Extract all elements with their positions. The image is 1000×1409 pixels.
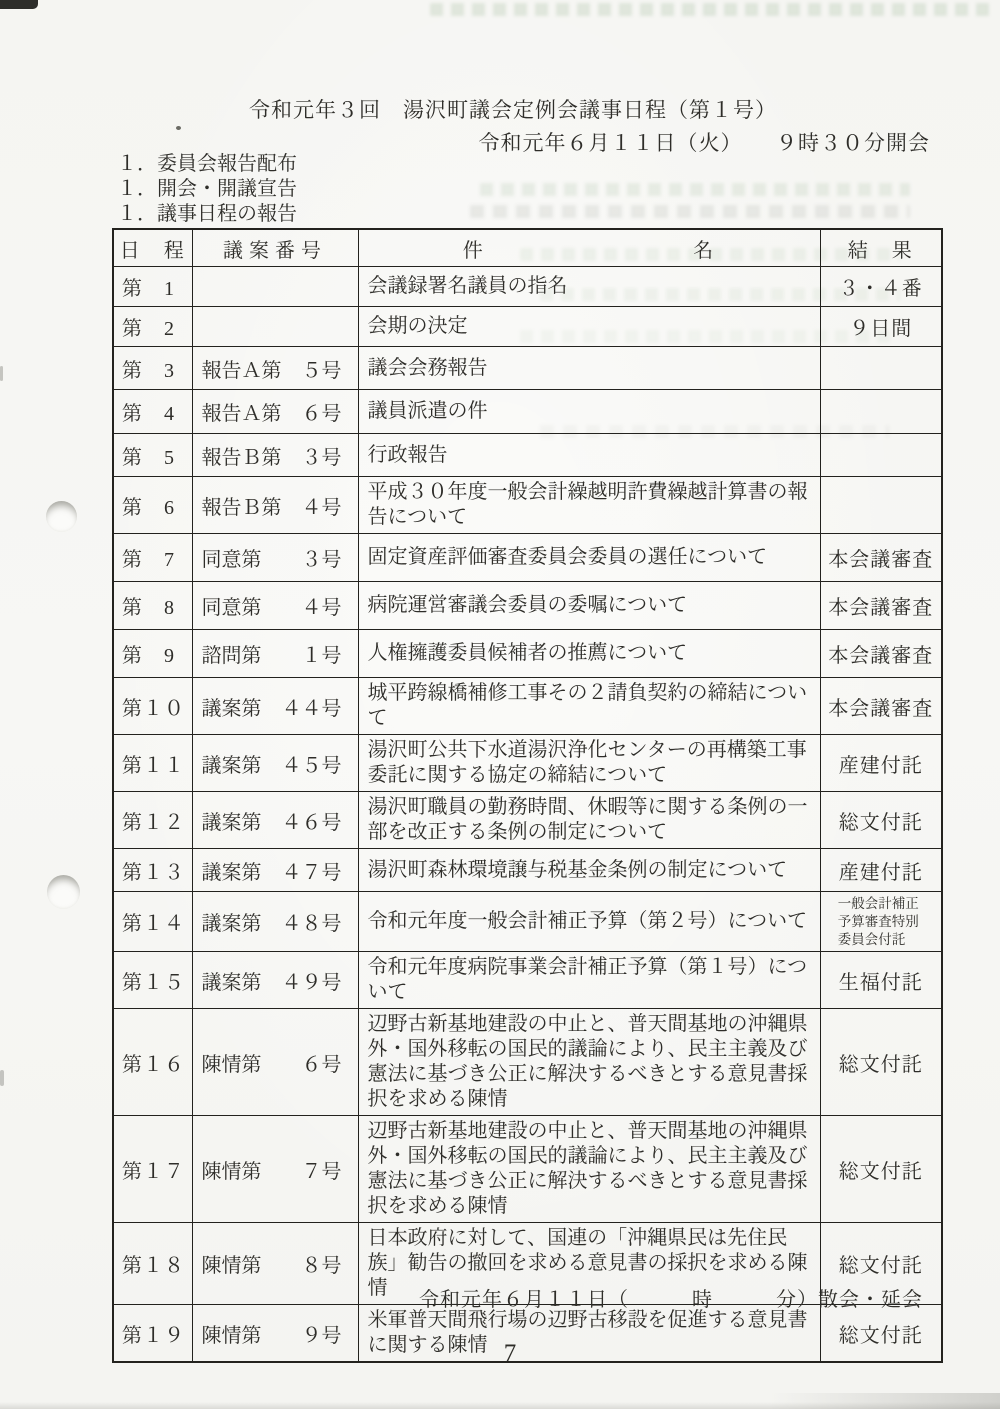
- bill-number-cell: 陳情第 ６号: [192, 1009, 358, 1116]
- table-row: 第 8同意第 ４号病院運営審議会委員の委嘱について本会議審査: [113, 582, 942, 630]
- agenda-table-body: 第 1会議録署名議員の指名３・４番第 2会期の決定９日間第 3報告Ａ第 ５号議会…: [113, 267, 942, 1363]
- bill-number-cell: 報告Ｂ第 ４号: [192, 477, 358, 534]
- subject-cell: 議員派遣の件: [358, 390, 820, 434]
- bill-number-cell: 同意第 ４号: [192, 582, 358, 630]
- schedule-cell: 第１２: [113, 792, 192, 849]
- result-cell: [820, 477, 942, 534]
- punch-hole-bottom: [47, 875, 80, 909]
- subject-cell: 令和元年度一般会計補正予算（第２号）について: [358, 892, 820, 952]
- bleed-through-ghost: [470, 205, 910, 218]
- subject-cell: 議会会務報告: [358, 347, 820, 390]
- header-result: 結 果: [820, 229, 942, 267]
- schedule-cell: 第 1: [113, 267, 192, 307]
- bill-number-cell: 議案第 ４７号: [192, 849, 358, 892]
- result-cell: [820, 347, 942, 390]
- document-title: 令和元年３回 湯沢町議会定例会議事日程（第１号）: [13, 94, 1000, 124]
- subject-cell: 会期の決定: [358, 307, 820, 347]
- subject-cell: 病院運営審議会委員の委嘱について: [358, 582, 820, 630]
- pre-agenda-item: １．委員会報告配布: [117, 152, 297, 177]
- table-row: 第１２議案第 ４６号湯沢町職員の勤務時間、休暇等に関する条例の一部を改正する条例…: [113, 792, 942, 849]
- result-cell: 本会議審査: [820, 630, 942, 678]
- meeting-open-datetime: 令和元年６月１１日（火） ９時３０分開会: [479, 127, 931, 157]
- bill-number-cell: 議案第 ４４号: [192, 678, 358, 735]
- table-row: 第１６陳情第 ６号辺野古新基地建設の中止と、普天間基地の沖縄県外・国外移転の国民…: [113, 1009, 942, 1116]
- table-row: 第 5報告Ｂ第 ３号行政報告: [113, 434, 942, 477]
- bleed-through-ghost: [480, 183, 910, 196]
- table-row: 第 2会期の決定９日間: [113, 307, 942, 347]
- schedule-cell: 第 3: [113, 347, 192, 390]
- schedule-cell: 第 8: [113, 582, 192, 630]
- edge-smudge: [0, 1070, 4, 1086]
- schedule-cell: 第 4: [113, 390, 192, 434]
- schedule-cell: 第 2: [113, 307, 192, 347]
- pre-agenda-item: １．議事日程の報告: [117, 202, 297, 227]
- bill-number-cell: 報告Ｂ第 ３号: [192, 434, 358, 477]
- bill-number-cell: 報告Ａ第 ５号: [192, 347, 358, 390]
- schedule-cell: 第 7: [113, 534, 192, 582]
- subject-cell: 辺野古新基地建設の中止と、普天間基地の沖縄県外・国外移転の国民的議論により、民主…: [358, 1116, 820, 1223]
- result-cell: [820, 390, 942, 434]
- table-row: 第 7同意第 ３号固定資産評価審査委員会委員の選任について本会議審査: [113, 534, 942, 582]
- subject-cell: 湯沢町職員の勤務時間、休暇等に関する条例の一部を改正する条例の制定について: [358, 792, 820, 849]
- result-cell: 本会議審査: [820, 534, 942, 582]
- schedule-cell: 第１０: [113, 678, 192, 735]
- subject-cell: 行政報告: [358, 434, 820, 477]
- subject-cell: 城平跨線橋補修工事その２請負契約の締結について: [358, 678, 820, 735]
- schedule-cell: 第１３: [113, 849, 192, 892]
- subject-cell: 会議録署名議員の指名: [358, 267, 820, 307]
- bill-number-cell: 議案第 ４５号: [192, 735, 358, 792]
- schedule-cell: 第 6: [113, 477, 192, 534]
- scan-corner-shadow: [770, 1393, 1000, 1409]
- table-row: 第１４議案第 ４８号令和元年度一般会計補正予算（第２号）について一般会計補正予算…: [113, 892, 942, 952]
- schedule-cell: 第 5: [113, 434, 192, 477]
- table-row: 第１７陳情第 ７号辺野古新基地建設の中止と、普天間基地の沖縄県外・国外移転の国民…: [113, 1116, 942, 1223]
- result-cell: 総文付託: [820, 792, 942, 849]
- schedule-cell: 第１１: [113, 735, 192, 792]
- ink-speck: [176, 126, 181, 130]
- result-cell: 産建付託: [820, 849, 942, 892]
- table-row: 第 4報告Ａ第 ６号議員派遣の件: [113, 390, 942, 434]
- subject-cell: 人権擁護委員候補者の推薦について: [358, 630, 820, 678]
- header-subject: 件 名: [358, 229, 820, 267]
- schedule-cell: 第１７: [113, 1116, 192, 1223]
- scan-mark-top-left: [0, 0, 38, 9]
- result-cell: ３・４番: [820, 267, 942, 307]
- table-header-row: 日 程 議案番号 件 名 結 果: [113, 229, 942, 267]
- header-schedule: 日 程: [113, 229, 192, 267]
- bill-number-cell: 陳情第 ８号: [192, 1223, 358, 1305]
- pre-agenda-item: １．開会・開議宣告: [117, 177, 297, 202]
- schedule-cell: 第１８: [113, 1223, 192, 1305]
- bill-number-cell: [192, 307, 358, 347]
- agenda-table: 日 程 議案番号 件 名 結 果 第 1会議録署名議員の指名３・４番第 2会期の…: [112, 228, 943, 1363]
- bill-number-cell: 議案第 ４９号: [192, 952, 358, 1009]
- bleed-through-ghost: [430, 3, 990, 16]
- table-row: 第 3報告Ａ第 ５号議会会務報告: [113, 347, 942, 390]
- table-row: 第１０議案第 ４４号城平跨線橋補修工事その２請負契約の締結について本会議審査: [113, 678, 942, 735]
- result-cell: ９日間: [820, 307, 942, 347]
- bill-number-cell: [192, 267, 358, 307]
- pre-agenda-list: １．委員会報告配布 １．開会・開議宣告 １．議事日程の報告: [117, 152, 297, 227]
- bill-number-cell: 陳情第 ７号: [192, 1116, 358, 1223]
- table-row: 第１５議案第 ４９号令和元年度病院事業会計補正予算（第１号）について生福付託: [113, 952, 942, 1009]
- document-page: 令和元年３回 湯沢町議会定例会議事日程（第１号） 令和元年６月１１日（火） ９時…: [0, 0, 1000, 1409]
- bill-number-cell: 報告Ａ第 ６号: [192, 390, 358, 434]
- subject-cell: 辺野古新基地建設の中止と、普天間基地の沖縄県外・国外移転の国民的議論により、民主…: [358, 1009, 820, 1116]
- table-row: 第１１議案第 ４５号湯沢町公共下水道湯沢浄化センターの再構築工事委託に関する協定…: [113, 735, 942, 792]
- result-cell: [820, 434, 942, 477]
- table-row: 第 6報告Ｂ第 ４号平成３０年度一般会計繰越明許費繰越計算書の報告について: [113, 477, 942, 534]
- bill-number-cell: 諮問第 １号: [192, 630, 358, 678]
- result-cell: 産建付託: [820, 735, 942, 792]
- table-row: 第 1会議録署名議員の指名３・４番: [113, 267, 942, 307]
- schedule-cell: 第１４: [113, 892, 192, 952]
- bill-number-cell: 議案第 ４６号: [192, 792, 358, 849]
- result-cell: 生福付託: [820, 952, 942, 1009]
- result-cell: 総文付託: [820, 1116, 942, 1223]
- header-bill-number: 議案番号: [192, 229, 358, 267]
- result-cell: 本会議審査: [820, 582, 942, 630]
- closing-line: 令和元年６月１１日（ 時 分）散会・延会: [419, 1283, 923, 1312]
- result-small-text: 一般会計補正予算審査特別委員会付託: [838, 895, 924, 949]
- punch-hole-top: [46, 501, 77, 532]
- subject-cell: 湯沢町公共下水道湯沢浄化センターの再構築工事委託に関する協定の締結について: [358, 735, 820, 792]
- result-cell: 本会議審査: [820, 678, 942, 735]
- table-row: 第 9諮問第 １号人権擁護委員候補者の推薦について本会議審査: [113, 630, 942, 678]
- schedule-cell: 第１５: [113, 952, 192, 1009]
- header-subject-right: 名: [693, 234, 715, 263]
- bill-number-cell: 同意第 ３号: [192, 534, 358, 582]
- subject-cell: 湯沢町森林環境譲与税基金条例の制定について: [358, 849, 820, 892]
- page-number: 7: [10, 1340, 1000, 1368]
- schedule-cell: 第 9: [113, 630, 192, 678]
- schedule-cell: 第１６: [113, 1009, 192, 1116]
- table-row: 第１３議案第 ４７号湯沢町森林環境譲与税基金条例の制定について産建付託: [113, 849, 942, 892]
- subject-cell: 令和元年度病院事業会計補正予算（第１号）について: [358, 952, 820, 1009]
- bill-number-cell: 議案第 ４８号: [192, 892, 358, 952]
- edge-smudge: [0, 366, 3, 381]
- header-subject-left: 件: [463, 234, 485, 263]
- result-cell: 総文付託: [820, 1009, 942, 1116]
- result-cell: 一般会計補正予算審査特別委員会付託: [820, 892, 942, 952]
- subject-cell: 固定資産評価審査委員会委員の選任について: [358, 534, 820, 582]
- subject-cell: 平成３０年度一般会計繰越明許費繰越計算書の報告について: [358, 477, 820, 534]
